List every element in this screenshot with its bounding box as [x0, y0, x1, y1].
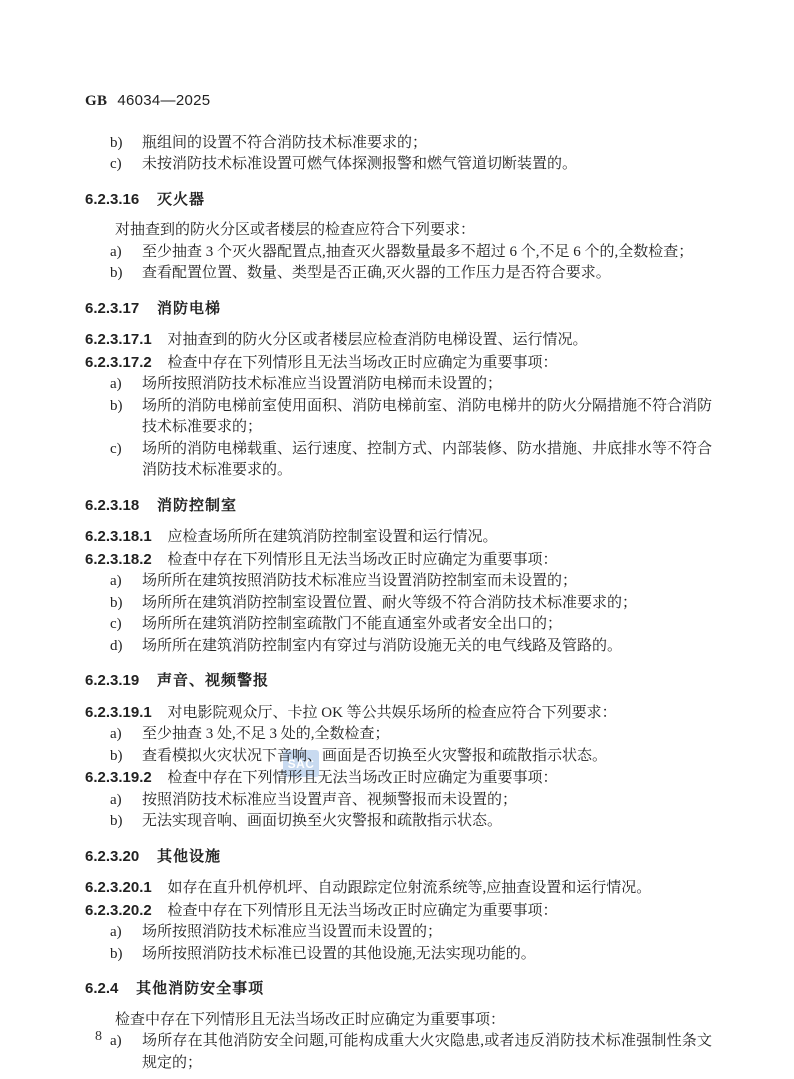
- list-item: a) 场所按照消防技术标准应当设置消防电梯而未设置的；: [85, 374, 712, 396]
- clause-number: 6.2.3.18.2: [85, 551, 152, 568]
- list-item-text: 场所所在建筑消防控制室内有穿过与消防设施无关的电气线路及管路的。: [142, 638, 622, 654]
- document-page: SAC GB 46034—2025 b) 瓶组间的设置不符合消防技术标准要求的；…: [0, 0, 794, 1079]
- clause-text: 如存在直升机停机坪、自动跟踪定位射流系统等,应抽查设置和运行情况。: [167, 880, 651, 896]
- list-item-text: 场所按照消防技术标准应当设置消防电梯而未设置的；: [142, 376, 502, 392]
- list-item-label: b): [110, 133, 123, 155]
- clause-number: 6.2.3.20.1: [85, 879, 152, 896]
- clause-number: 6.2.3.18.1: [85, 528, 152, 545]
- section-heading: 6.2.3.20 其他设施: [85, 846, 712, 869]
- list-item: b) 查看模拟火灾状况下音响、画面是否切换至火灾警报和疏散指示状态。: [85, 746, 712, 768]
- clause-line: 6.2.3.19.2 检查中存在下列情形且无法当场改正时应确定为重要事项：: [85, 767, 712, 790]
- list-item-text: 场所按照消防技术标准应当设置而未设置的；: [142, 924, 442, 940]
- list-item-text: 瓶组间的设置不符合消防技术标准要求的；: [142, 135, 427, 151]
- list-item: c) 场所的消防电梯载重、运行速度、控制方式、内部装修、防水措施、井底排水等不符…: [85, 439, 712, 482]
- section-number: 6.2.3.18: [85, 497, 139, 514]
- list-item-text: 场所按照消防技术标准已设置的其他设施,无法实现功能的。: [142, 946, 536, 962]
- clause-line: 6.2.3.20.1 如存在直升机停机坪、自动跟踪定位射流系统等,应抽查设置和运…: [85, 877, 712, 900]
- list-item: c) 场所所在建筑消防控制室疏散门不能直通室外或者安全出口的；: [85, 614, 712, 636]
- list-item-text: 按照消防技术标准应当设置声音、视频警报而未设置的；: [142, 792, 517, 808]
- section-number: 6.2.3.20: [85, 848, 139, 865]
- list-item-text: 无法实现音响、画面切换至火灾警报和疏散指示状态。: [142, 813, 502, 829]
- section-title: 灭火器: [157, 191, 205, 208]
- section-lead-paragraph: 对抽查到的防火分区或者楼层的检查应符合下列要求：: [85, 220, 712, 242]
- clause-number: 6.2.3.19.2: [85, 769, 152, 786]
- list-item-text: 至少抽查 3 处,不足 3 处的,全数检查；: [142, 726, 390, 742]
- clause-number: 6.2.3.20.2: [85, 902, 152, 919]
- clause-line: 6.2.3.18.1 应检查场所所在建筑消防控制室设置和运行情况。: [85, 526, 712, 549]
- section-number: 6.2.3.16: [85, 191, 139, 208]
- clause-line: 6.2.3.19.1 对电影院观众厅、卡拉 OK 等公共娱乐场所的检查应符合下列…: [85, 702, 712, 725]
- section-title: 消防电梯: [157, 300, 221, 317]
- clause-text: 检查中存在下列情形且无法当场改正时应确定为重要事项：: [167, 903, 557, 919]
- list-item: b) 场所的消防电梯前室使用面积、消防电梯前室、消防电梯井的防火分隔措施不符合消…: [85, 396, 712, 439]
- standard-number-header: GB 46034—2025: [85, 90, 712, 113]
- list-item-label: b): [110, 944, 123, 966]
- section-title: 其他消防安全事项: [136, 980, 264, 997]
- page-content: GB 46034—2025 b) 瓶组间的设置不符合消防技术标准要求的； c) …: [85, 90, 712, 1074]
- list-item: b) 无法实现音响、画面切换至火灾警报和疏散指示状态。: [85, 811, 712, 833]
- section-title: 声音、视频警报: [157, 672, 269, 689]
- list-item-label: b): [110, 593, 123, 615]
- section-number: 6.2.3.19: [85, 672, 139, 689]
- list-item-text: 查看配置位置、数量、类型是否正确,灭火器的工作压力是否符合要求。: [142, 265, 611, 281]
- page-number: 8: [95, 1029, 102, 1045]
- list-item-text: 场所所在建筑消防控制室疏散门不能直通室外或者安全出口的；: [142, 616, 562, 632]
- section-heading: 6.2.3.18 消防控制室: [85, 495, 712, 518]
- list-item-label: a): [110, 922, 122, 944]
- section-number: 6.2.3.17: [85, 300, 139, 317]
- standard-code: 46034—2025: [117, 92, 210, 109]
- list-item-text: 场所的消防电梯载重、运行速度、控制方式、内部装修、防水措施、井底排水等不符合消防…: [142, 441, 712, 479]
- list-item: a) 至少抽查 3 处,不足 3 处的,全数检查；: [85, 724, 712, 746]
- list-item-text: 场所的消防电梯前室使用面积、消防电梯前室、消防电梯井的防火分隔措施不符合消防技术…: [142, 398, 712, 436]
- list-item-label: a): [110, 724, 122, 746]
- list-item-label: d): [110, 636, 123, 658]
- list-item-label: b): [110, 811, 123, 833]
- list-item-label: c): [110, 614, 122, 636]
- list-item: a) 场所按照消防技术标准应当设置而未设置的；: [85, 922, 712, 944]
- list-item-label: a): [110, 571, 122, 593]
- clause-text: 检查中存在下列情形且无法当场改正时应确定为重要事项：: [167, 770, 557, 786]
- list-item: a) 场所存在其他消防安全问题,可能构成重大火灾隐患,或者违反消防技术标准强制性…: [85, 1031, 712, 1074]
- list-item-label: c): [110, 439, 122, 461]
- clause-number: 6.2.3.17.2: [85, 354, 152, 371]
- list-item-label: c): [110, 154, 122, 176]
- list-item: b) 瓶组间的设置不符合消防技术标准要求的；: [85, 133, 712, 155]
- list-item-label: a): [110, 1031, 122, 1053]
- clause-text: 对抽查到的防火分区或者楼层应检查消防电梯设置、运行情况。: [167, 332, 587, 348]
- clause-text: 应检查场所所在建筑消防控制室设置和运行情况。: [167, 529, 497, 545]
- clause-text: 检查中存在下列情形且无法当场改正时应确定为重要事项：: [167, 355, 557, 371]
- section-number: 6.2.4: [85, 980, 118, 997]
- list-item-text: 场所所在建筑按照消防技术标准应当设置消防控制室而未设置的；: [142, 573, 577, 589]
- section-heading: 6.2.3.17 消防电梯: [85, 298, 712, 321]
- clause-number: 6.2.3.19.1: [85, 704, 152, 721]
- clause-line: 6.2.3.18.2 检查中存在下列情形且无法当场改正时应确定为重要事项：: [85, 549, 712, 572]
- clause-line: 6.2.3.20.2 检查中存在下列情形且无法当场改正时应确定为重要事项：: [85, 900, 712, 923]
- clause-text: 对电影院观众厅、卡拉 OK 等公共娱乐场所的检查应符合下列要求：: [167, 705, 616, 721]
- list-item: a) 按照消防技术标准应当设置声音、视频警报而未设置的；: [85, 790, 712, 812]
- section-title: 消防控制室: [157, 497, 237, 514]
- section-heading: 6.2.3.19 声音、视频警报: [85, 670, 712, 693]
- section-heading: 6.2.4 其他消防安全事项: [85, 978, 712, 1001]
- section-title: 其他设施: [157, 848, 221, 865]
- list-item-label: b): [110, 746, 123, 768]
- list-item-text: 未按消防技术标准设置可燃气体探测报警和燃气管道切断装置的。: [142, 156, 577, 172]
- list-item-text: 场所所在建筑消防控制室设置位置、耐火等级不符合消防技术标准要求的；: [142, 595, 637, 611]
- section-lead-paragraph: 检查中存在下列情形且无法当场改正时应确定为重要事项：: [85, 1010, 712, 1032]
- list-item-label: a): [110, 374, 122, 396]
- list-item-text: 场所存在其他消防安全问题,可能构成重大火灾隐患,或者违反消防技术标准强制性条文规…: [142, 1033, 712, 1071]
- clause-text: 检查中存在下列情形且无法当场改正时应确定为重要事项：: [167, 552, 557, 568]
- list-item-label: a): [110, 790, 122, 812]
- clause-number: 6.2.3.17.1: [85, 331, 152, 348]
- list-item-label: b): [110, 263, 123, 285]
- clause-line: 6.2.3.17.1 对抽查到的防火分区或者楼层应检查消防电梯设置、运行情况。: [85, 329, 712, 352]
- clause-line: 6.2.3.17.2 检查中存在下列情形且无法当场改正时应确定为重要事项：: [85, 352, 712, 375]
- list-item: d) 场所所在建筑消防控制室内有穿过与消防设施无关的电气线路及管路的。: [85, 636, 712, 658]
- list-item-text: 查看模拟火灾状况下音响、画面是否切换至火灾警报和疏散指示状态。: [142, 748, 607, 764]
- list-item: a) 场所所在建筑按照消防技术标准应当设置消防控制室而未设置的；: [85, 571, 712, 593]
- standard-prefix: GB: [85, 93, 107, 109]
- list-item-text: 至少抽查 3 个灭火器配置点,抽查灭火器数量最多不超过 6 个,不足 6 个的,…: [142, 244, 693, 260]
- section-heading: 6.2.3.16 灭火器: [85, 189, 712, 212]
- list-item-label: a): [110, 242, 122, 264]
- list-item-label: b): [110, 396, 123, 418]
- list-item: c) 未按消防技术标准设置可燃气体探测报警和燃气管道切断装置的。: [85, 154, 712, 176]
- list-item: a) 至少抽查 3 个灭火器配置点,抽查灭火器数量最多不超过 6 个,不足 6 …: [85, 242, 712, 264]
- list-item: b) 场所所在建筑消防控制室设置位置、耐火等级不符合消防技术标准要求的；: [85, 593, 712, 615]
- list-item: b) 场所按照消防技术标准已设置的其他设施,无法实现功能的。: [85, 944, 712, 966]
- list-item: b) 查看配置位置、数量、类型是否正确,灭火器的工作压力是否符合要求。: [85, 263, 712, 285]
